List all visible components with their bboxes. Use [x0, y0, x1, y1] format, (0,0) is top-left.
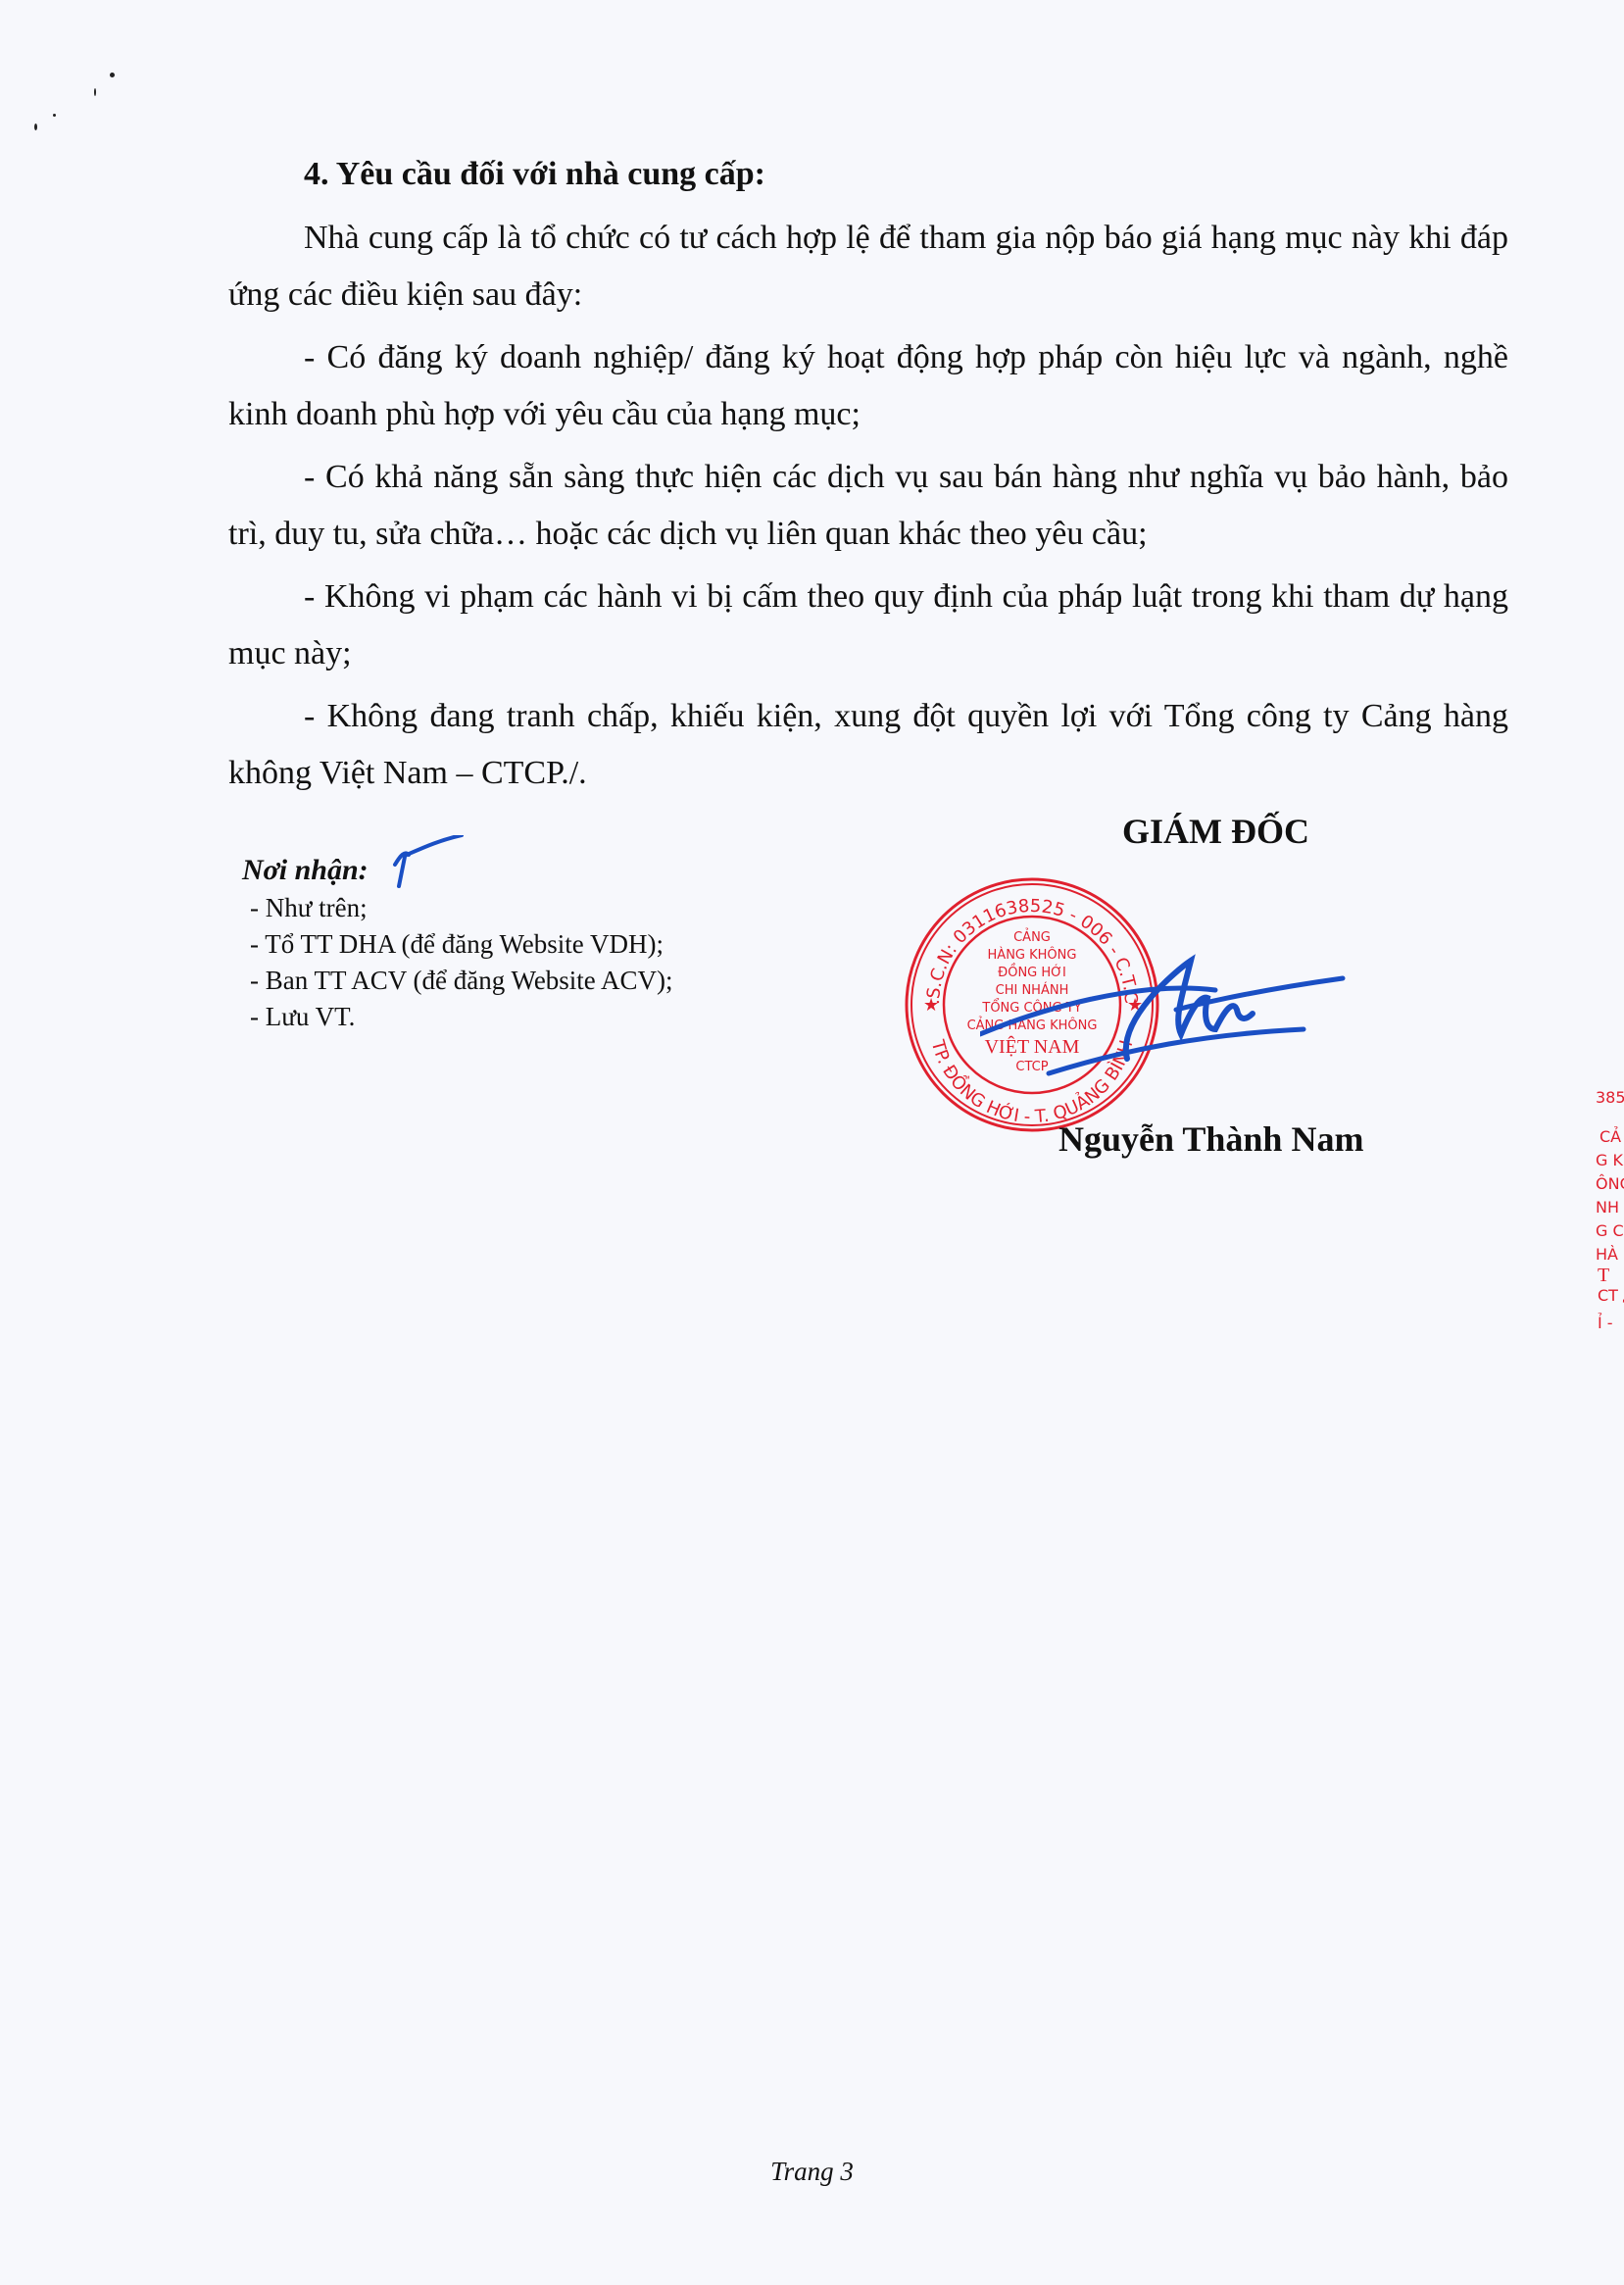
signatory-position: GIÁM ĐỐC: [1122, 810, 1309, 853]
svg-text:HÀ: HÀ: [1596, 1245, 1618, 1264]
svg-text:CT: CT: [1598, 1286, 1618, 1305]
body-text: Nhà cung cấp là tổ chức có tư cách hợp l…: [228, 210, 1508, 808]
svg-text:NH: NH: [1596, 1198, 1619, 1217]
paragraph-condition-4: - Không đang tranh chấp, khiếu kiện, xun…: [228, 688, 1508, 802]
scan-artifact-marks: [20, 69, 127, 147]
svg-text:Ỉ -: Ỉ -: [1598, 1313, 1613, 1332]
document-page: 4. Yêu cầu đối với nhà cung cấp: Nhà cun…: [0, 0, 1624, 2285]
svg-text:★: ★: [923, 995, 939, 1016]
section-heading: 4. Yêu cầu đối với nhà cung cấp:: [304, 153, 765, 196]
svg-text:ÔNG: ÔNG: [1596, 1174, 1624, 1193]
svg-text:G C: G C: [1596, 1221, 1624, 1240]
recipient-item: - Lưu VT.: [250, 999, 673, 1035]
svg-text:G K: G K: [1596, 1151, 1623, 1169]
paragraph-condition-1: - Có đăng ký doanh nghiệp/ đăng ký hoạt …: [228, 329, 1508, 443]
recipients-list: - Như trên; - Tổ TT DHA (để đăng Website…: [242, 890, 673, 1035]
paragraph-condition-3: - Không vi phạm các hành vi bị cấm theo …: [228, 569, 1508, 682]
recipient-item: - Tổ TT DHA (để đăng Website VDH);: [250, 926, 673, 963]
recipient-item: - Như trên;: [250, 890, 673, 926]
svg-text:T: T: [1598, 1265, 1609, 1286]
svg-text:CẢ: CẢ: [1599, 1126, 1621, 1146]
paragraph-condition-2: - Có khả năng sẵn sàng thực hiện các dịc…: [228, 449, 1508, 563]
page-number: Trang 3: [0, 2157, 1624, 2187]
initials-mark: [387, 835, 466, 890]
handwritten-signature: [980, 941, 1353, 1078]
recipient-item: - Ban TT ACV (để đăng Website ACV);: [250, 963, 673, 999]
paragraph-intro: Nhà cung cấp là tổ chức có tư cách hợp l…: [228, 210, 1508, 323]
partial-stamp-edge: 385 CẢ G K ÔNG NH G C HÀ T CT Ỉ -: [1588, 1064, 1624, 1348]
svg-text:385: 385: [1596, 1088, 1624, 1107]
signatory-name: Nguyễn Thành Nam: [1058, 1118, 1363, 1161]
